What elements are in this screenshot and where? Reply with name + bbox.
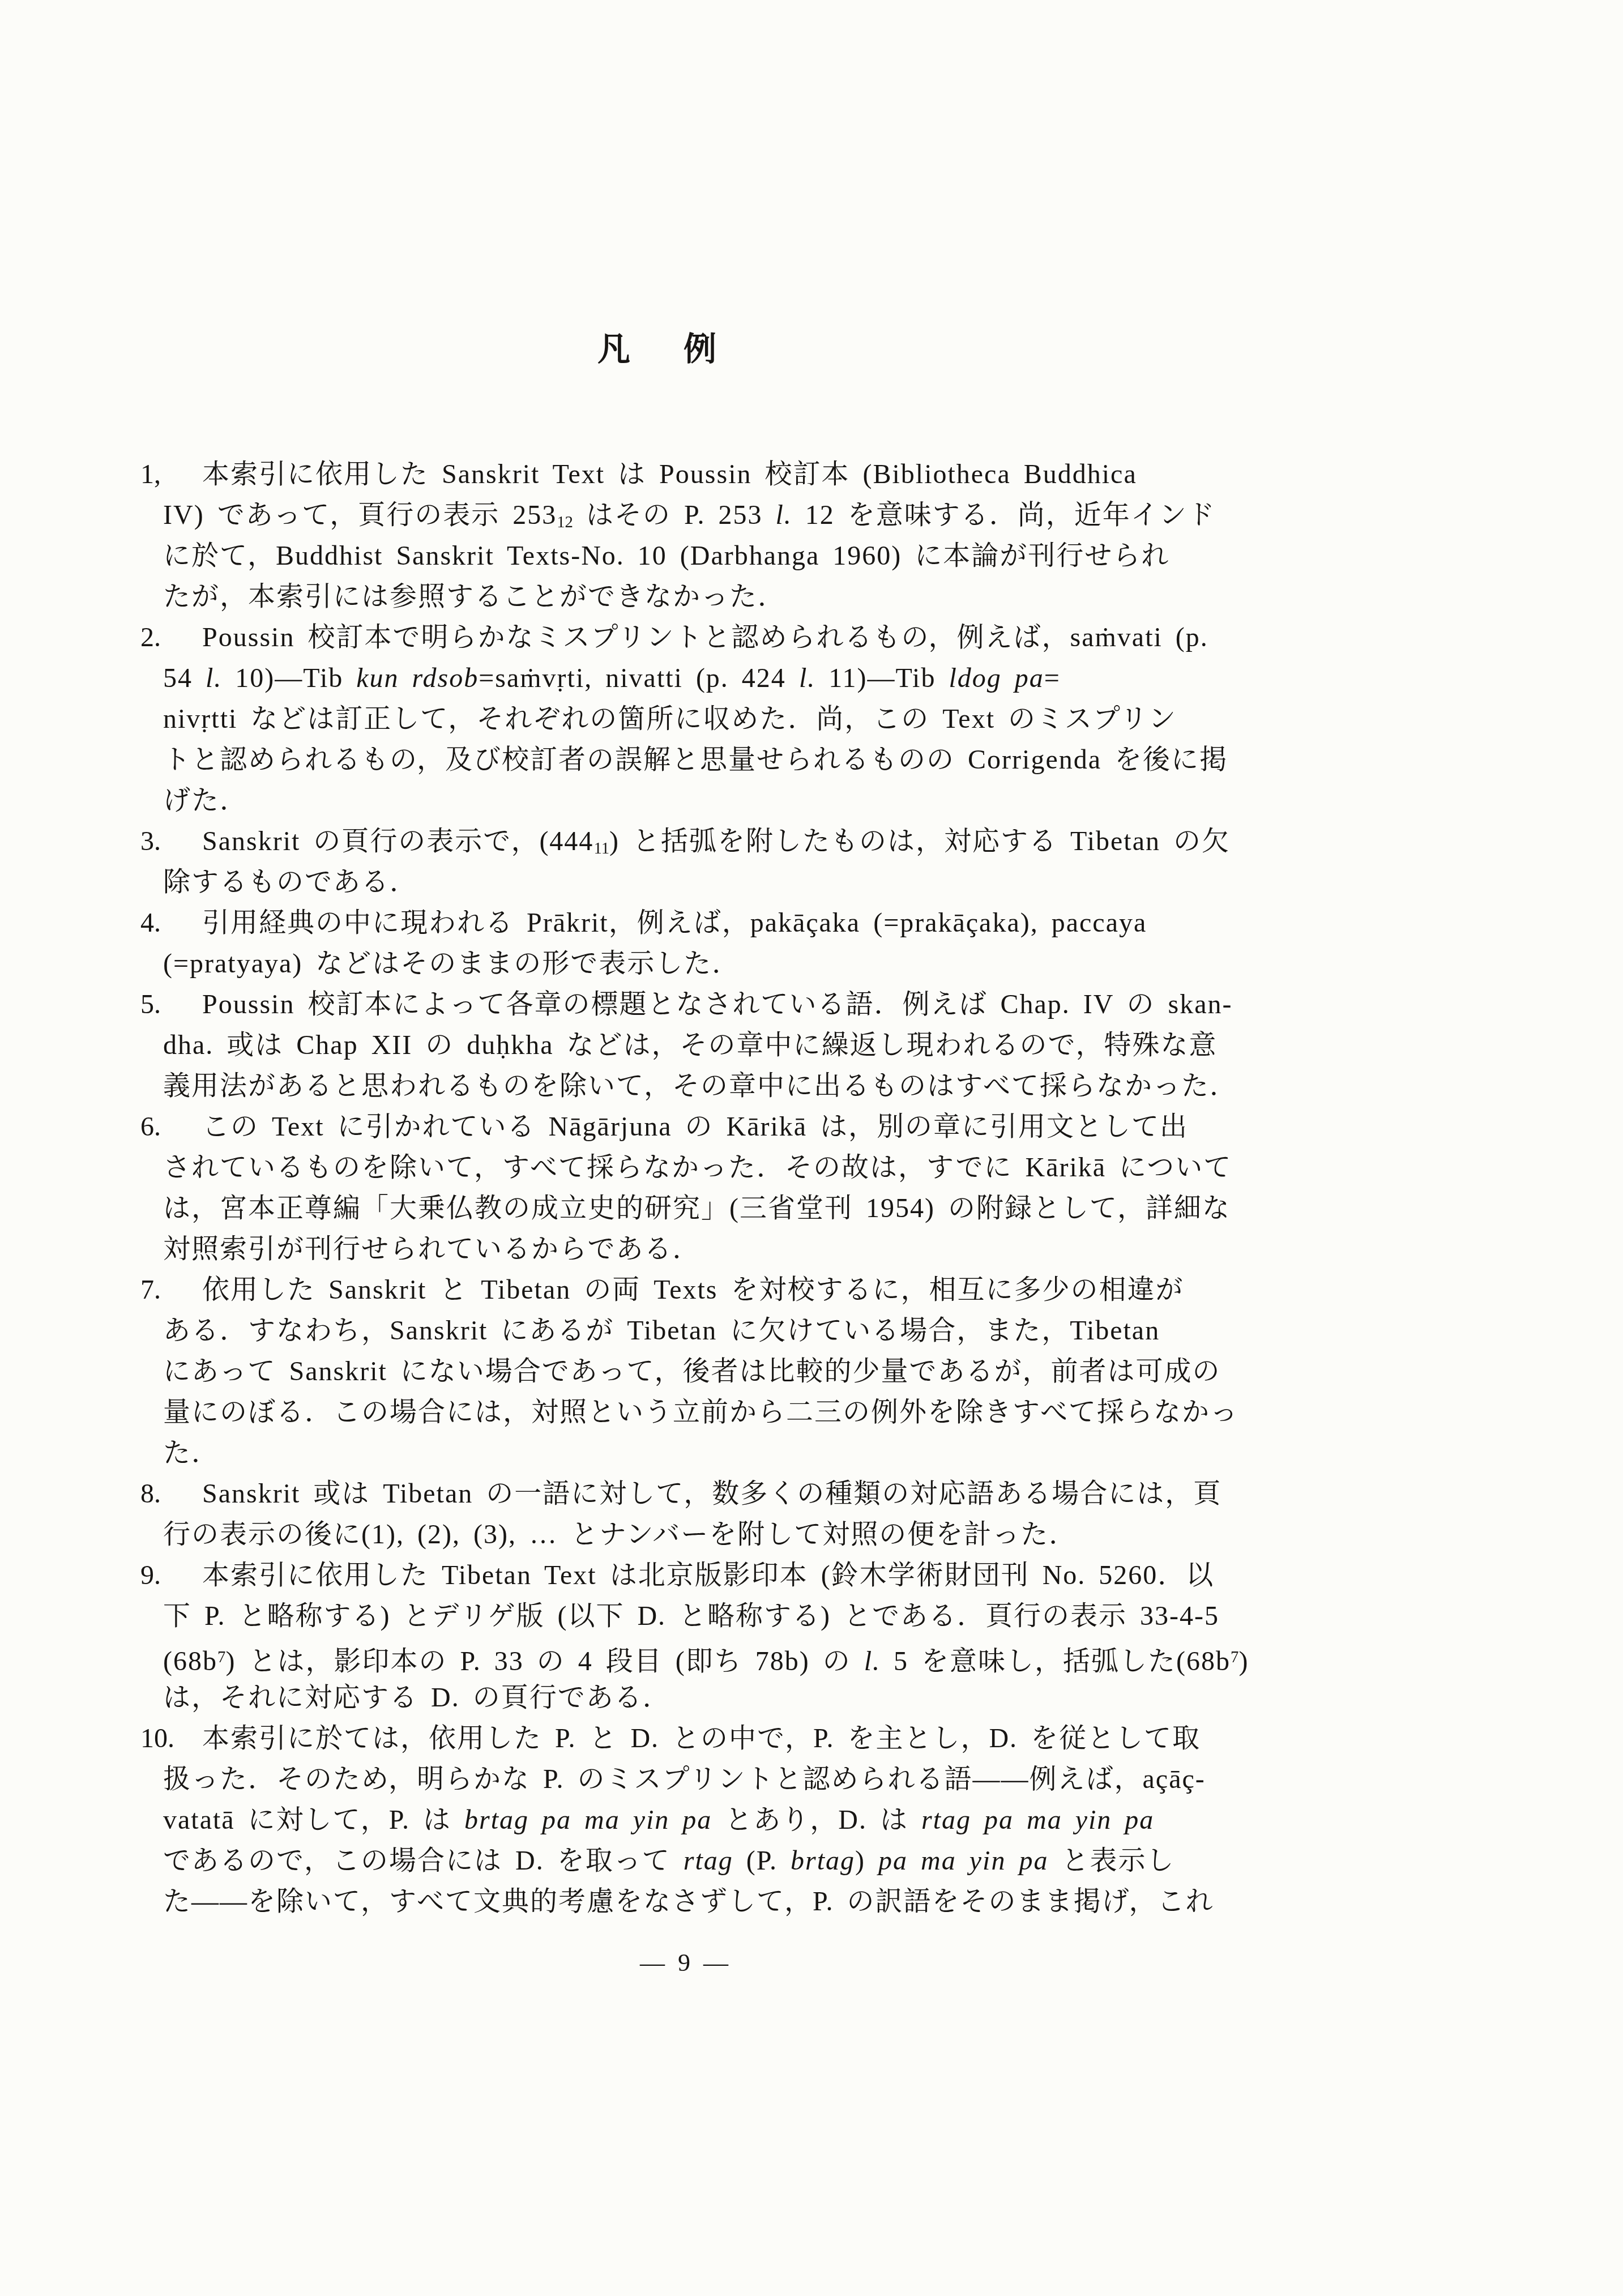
note-item-line: は，宮本正尊編「大乗仏教の成立史的研究」(三省堂刊 1954) の附録として，詳… <box>140 1188 1341 1229</box>
note-text-segment: 7 <box>1231 1648 1238 1666</box>
note-item-line: vatatā に対して，P. は brtag pa ma yin pa とあり，… <box>140 1800 1341 1841</box>
note-item-line: 下 P. と略称する) とデリゲ版 (以下 D. と略称する) とである．頁行の… <box>140 1596 1341 1637</box>
note-text-segment: dha. 或は Chap XII の duḥkha などは，その章中に繰返し現わ… <box>163 1030 1218 1060</box>
note-item-line: nivṛtti などは訂正して，それぞれの箇所に収めた．尚，この Text のミ… <box>140 699 1341 740</box>
note-text-segment: ) とは，影印本の P. 33 の 4 段目 (即ち 78b) の <box>225 1646 864 1676</box>
note-text-segment: 12 <box>557 513 573 531</box>
page-title-char-1: 凡 <box>597 328 630 370</box>
notes-list: 1,本索引に依用した Sanskrit Text は Poussin 校訂本 (… <box>140 454 1341 1922</box>
note-item-line: 扱った．そのため，明らかな P. のミスプリントと認められる語——例えば，açā… <box>140 1759 1341 1800</box>
note-item-first-line: 8.Sanskrit 或は Tibetan の一語に対して，数多くの種類の対応語… <box>140 1474 1341 1514</box>
note-item-line: たが，本索引には参照することができなかった． <box>140 577 1341 617</box>
note-text-segment: 本索引に依用した Tibetan Text は北京版影印本 (鈴木学術財団刊 N… <box>202 1560 1214 1590</box>
note-item-line: (68b7) とは，影印本の P. 33 の 4 段目 (即ち 78b) の l… <box>140 1637 1341 1678</box>
note-item-line: 対照索引が刊行せられているからである． <box>140 1229 1341 1270</box>
note-text-segment: Poussin 校訂本で明らかなミスプリントと認められるもの，例えば，saṁva… <box>202 622 1208 652</box>
note-item-line: げた． <box>140 780 1341 821</box>
note-text-segment: にあって Sanskrit にない場合であって，後者は比較的少量であるが，前者は… <box>163 1356 1220 1386</box>
note-text-segment: rtag pa ma yin pa <box>921 1805 1154 1835</box>
note-text-segment: Sanskrit の頁行の表示で，(444 <box>202 826 593 856</box>
note-text-segment: 除するものである． <box>163 867 418 897</box>
scan-page: 凡 例 1,本索引に依用した Sanskrit Text は Poussin 校… <box>0 0 1623 2296</box>
note-text-segment: であるので，この場合には D. を取って <box>163 1846 684 1876</box>
page-title: 凡 例 <box>65 328 1249 370</box>
note-text-segment: 本索引に於ては，依用した P. と D. との中で，P. を主とし，D. を従と… <box>202 1723 1201 1753</box>
note-text-segment: た． <box>163 1438 220 1468</box>
item-number: 3. <box>140 821 202 862</box>
note-item-first-line: 3.Sanskrit の頁行の表示で，(44411) と括弧を附したものは，対応… <box>140 821 1341 862</box>
note-text-segment: 義用法があると思われるものを除いて，その章中に出るものはすべて採らなかった． <box>163 1071 1238 1101</box>
note-text-segment: 7 <box>217 1648 225 1666</box>
note-text-segment: l. <box>864 1646 881 1676</box>
page-title-char-2: 例 <box>684 328 716 370</box>
note-item-line: dha. 或は Chap XII の duḥkha などは，その章中に繰返し現わ… <box>140 1025 1341 1066</box>
note-text-segment: た——を除いて，すべて文典的考慮をなさずして，P. の訳語をそのまま掲げ，これ <box>163 1887 1214 1917</box>
note-text-segment: 引用経典の中に現われる Prākrit，例えば，pakāçaka (=prakā… <box>202 908 1147 938</box>
note-item-line: にあって Sanskrit にない場合であって，後者は比較的少量であるが，前者は… <box>140 1351 1341 1392</box>
item-number: 10. <box>140 1718 202 1759</box>
note-item-first-line: 7.依用した Sanskrit と Tibetan の両 Texts を対校する… <box>140 1270 1341 1311</box>
note-text-segment: に於て，Buddhist Sanskrit Texts-No. 10 (Darb… <box>163 541 1169 571</box>
note-text-segment: ) <box>855 1846 878 1876</box>
item-number: 2. <box>140 617 202 658</box>
note-text-segment: IV) であって，頁行の表示 253 <box>163 500 557 530</box>
note-text-segment: nivṛtti などは訂正して，それぞれの箇所に収めた．尚，この Text のミ… <box>163 704 1177 734</box>
note-item-line: 義用法があると思われるものを除いて，その章中に出るものはすべて採らなかった． <box>140 1066 1341 1107</box>
note-text-segment: は，それに対応する D. の頁行である． <box>163 1683 671 1713</box>
note-text-segment: brtag pa ma yin pa <box>464 1805 712 1835</box>
note-item-line: トと認められるもの，及び校訂者の誤解と思量せられるものの Corrigenda … <box>140 740 1341 780</box>
note-text-segment: = <box>1044 663 1061 693</box>
note-text-segment: はその P. 253 <box>573 500 775 530</box>
note-text-segment: ) と括弧を附したものは，対応する Tibetan の欠 <box>609 826 1230 856</box>
note-item-line: であるので，この場合には D. を取って rtag (P. brtag) pa … <box>140 1841 1341 1881</box>
note-text-segment: トと認められるもの，及び校訂者の誤解と思量せられるものの Corrigenda … <box>163 745 1228 775</box>
note-item-first-line: 5.Poussin 校訂本によって各章の標題となされている語．例えば Chap.… <box>140 984 1341 1025</box>
note-text-segment: (68b <box>163 1646 217 1676</box>
note-item-line: 量にのぼる．この場合には，対照という立前から二三の例外を除きすべて採らなかっ <box>140 1392 1341 1433</box>
note-text-segment: 11 <box>593 839 609 857</box>
note-text-segment: 54 <box>163 663 206 693</box>
note-text-segment: =saṁvṛti, nivatti (p. 424 <box>479 663 799 693</box>
note-item-line: た． <box>140 1433 1341 1474</box>
item-number: 1, <box>140 454 202 495</box>
note-text-segment: げた． <box>163 786 248 816</box>
note-text-segment: l. <box>775 500 792 530</box>
note-text-segment: ldog pa <box>949 663 1044 693</box>
note-item-line: されているものを除いて，すべて採らなかった．その故は，すでに Kārikā につ… <box>140 1147 1341 1188</box>
note-item-line: に於て，Buddhist Sanskrit Texts-No. 10 (Darb… <box>140 536 1341 577</box>
note-text-segment: (=pratyaya) などはそのままの形で表示した． <box>163 949 740 979</box>
note-text-segment: l. <box>206 663 222 693</box>
note-text-segment: (P. <box>733 1846 791 1876</box>
note-text-segment: 5 を意味し，括弧した(68b <box>881 1646 1231 1676</box>
note-item-first-line: 10.本索引に於ては，依用した P. と D. との中で，P. を主とし，D. … <box>140 1718 1341 1759</box>
note-item-line: IV) であって，頁行の表示 25312 はその P. 253 l. 12 を意… <box>140 495 1341 536</box>
note-item-line: ある．すなわち，Sanskrit にあるが Tibetan に欠けている場合，ま… <box>140 1311 1341 1351</box>
note-text-segment: 量にのぼる．この場合には，対照という立前から二三の例外を除きすべて採らなかっ <box>163 1397 1238 1427</box>
note-item-first-line: 1,本索引に依用した Sanskrit Text は Poussin 校訂本 (… <box>140 454 1341 495</box>
note-text-segment: 下 P. と略称する) とデリゲ版 (以下 D. と略称する) とである．頁行の… <box>163 1601 1219 1631</box>
note-text-segment: 本索引に依用した Sanskrit Text は Poussin 校訂本 (Bi… <box>202 459 1137 489</box>
note-text-segment: 10)—Tib <box>222 663 356 693</box>
note-text-segment: は，宮本正尊編「大乗仏教の成立史的研究」(三省堂刊 1954) の附録として，詳… <box>163 1193 1231 1223</box>
note-text-segment: Sanskrit 或は Tibetan の一語に対して，数多くの種類の対応語ある… <box>202 1479 1221 1509</box>
item-number: 6. <box>140 1107 202 1147</box>
note-item-line: 行の表示の後に(1), (2), (3), … とナンバーを附して対照の便を計っ… <box>140 1514 1341 1555</box>
item-number: 9. <box>140 1555 202 1596</box>
note-item-line: た——を除いて，すべて文典的考慮をなさずして，P. の訳語をそのまま掲げ，これ <box>140 1881 1341 1922</box>
note-item-line: (=pratyaya) などはそのままの形で表示した． <box>140 944 1341 984</box>
note-text-segment: rtag <box>684 1846 733 1876</box>
note-text-segment: 依用した Sanskrit と Tibetan の両 Texts を対校するに，… <box>202 1275 1184 1305</box>
note-text-segment: たが，本索引には参照することができなかった． <box>163 582 786 612</box>
note-item-line: 54 l. 10)—Tib kun rdsob=saṁvṛti, nivatti… <box>140 658 1341 699</box>
note-text-segment: 対照索引が刊行せられているからである． <box>163 1234 701 1264</box>
note-text-segment: Poussin 校訂本によって各章の標題となされている語．例えば Chap. I… <box>202 989 1232 1019</box>
item-number: 4. <box>140 903 202 944</box>
note-text-segment: 11)—Tib <box>815 663 949 693</box>
note-text-segment: 12 を意味する．尚，近年インド <box>792 500 1216 530</box>
note-text-segment: 扱った．そのため，明らかな P. のミスプリントと認められる語——例えば，açā… <box>163 1764 1206 1794</box>
note-text-segment: この Text に引かれている Nāgārjuna の Kārikā は，別の章… <box>202 1112 1188 1142</box>
note-text-segment: 行の表示の後に(1), (2), (3), … とナンバーを附して対照の便を計っ… <box>163 1520 1077 1550</box>
note-item-first-line: 6.この Text に引かれている Nāgārjuna の Kārikā は，別… <box>140 1107 1341 1147</box>
note-text-segment: ) <box>1238 1646 1249 1676</box>
note-text-segment: l. <box>799 663 815 693</box>
note-text-segment: と表示し <box>1048 1846 1174 1876</box>
note-text-segment: kun rdsob <box>356 663 479 693</box>
item-number: 8. <box>140 1474 202 1514</box>
note-item-line: 除するものである． <box>140 862 1341 903</box>
note-text-segment: されているものを除いて，すべて採らなかった．その故は，すでに Kārikā につ… <box>163 1153 1232 1183</box>
note-text-segment: vatatā に対して，P. は <box>163 1805 464 1835</box>
item-number: 5. <box>140 984 202 1025</box>
item-number: 7. <box>140 1270 202 1311</box>
note-text-segment: ある．すなわち，Sanskrit にあるが Tibetan に欠けている場合，ま… <box>163 1316 1160 1346</box>
note-item-first-line: 9.本索引に依用した Tibetan Text は北京版影印本 (鈴木学術財団刊… <box>140 1555 1341 1596</box>
note-text-segment: とあり，D. は <box>712 1805 921 1835</box>
note-text-segment: pa ma yin pa <box>878 1846 1048 1876</box>
note-item-first-line: 4.引用経典の中に現われる Prākrit，例えば，pakāçaka (=pra… <box>140 903 1341 944</box>
note-text-segment: brtag <box>791 1846 855 1876</box>
page-number: — 9 — <box>94 1948 1278 1977</box>
note-item-line: は，それに対応する D. の頁行である． <box>140 1678 1341 1718</box>
note-item-first-line: 2.Poussin 校訂本で明らかなミスプリントと認められるもの，例えば，saṁ… <box>140 617 1341 658</box>
